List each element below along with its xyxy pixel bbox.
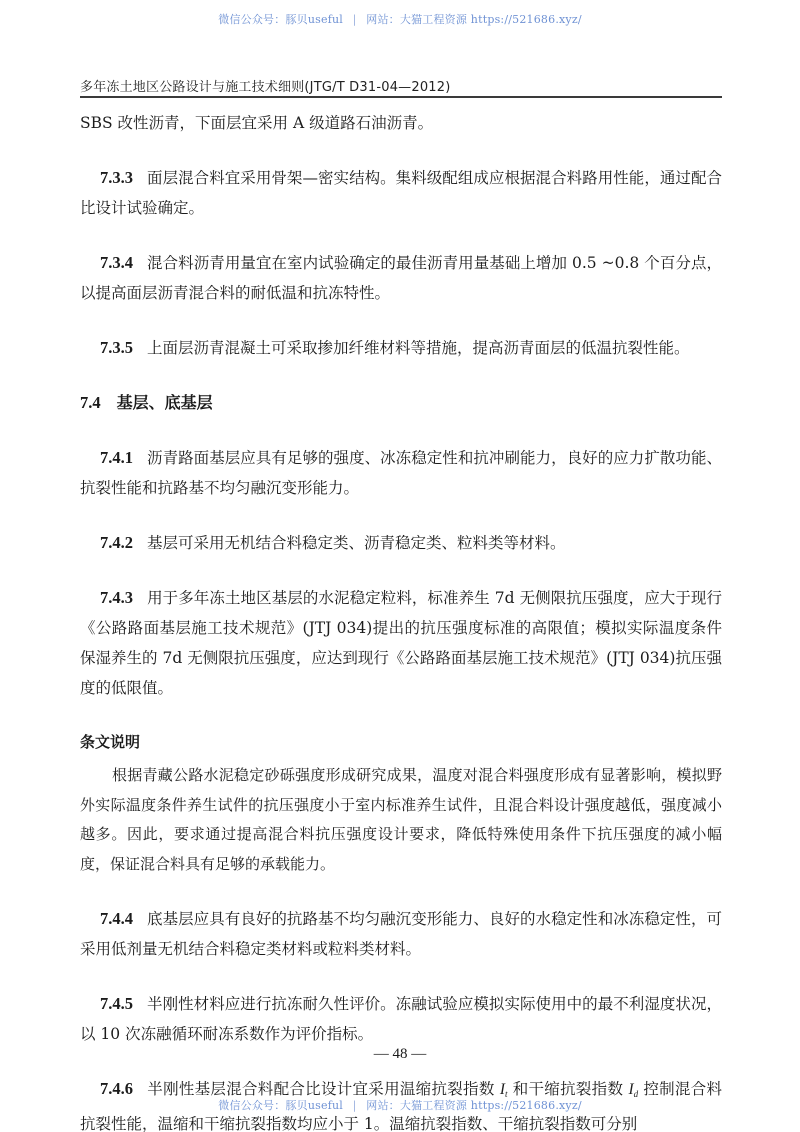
clause-text: 面层混合料宜采用骨架—密实结构。集料级配组成应根据混合料路用性能，通过配合比设计… <box>80 169 722 217</box>
clause-text-a: 半刚性基层混合料配合比设计宜采用温缩抗裂指数 <box>147 1080 500 1098</box>
clause-7-4-4: 7.4.4底基层应具有良好的抗路基不均匀融沉变形能力、良好的水稳定性和冰冻稳定性… <box>80 904 722 964</box>
clause-number: 7.4.4 <box>100 909 133 928</box>
clause-number: 7.3.5 <box>100 338 133 357</box>
clause-number: 7.4.5 <box>100 994 133 1013</box>
watermark-url: https://521686.xyz/ <box>471 13 582 26</box>
page-number: — 48 — <box>0 1046 800 1063</box>
clause-text: 底基层应具有良好的抗路基不均匀融沉变形能力、良好的水稳定性和冰冻稳定性，可采用低… <box>80 910 722 958</box>
header-rule <box>80 96 722 98</box>
watermark-separator: | <box>353 1099 357 1112</box>
running-header: 多年冻土地区公路设计与施工技术细则(JTG/T D31-04—2012) <box>80 76 451 95</box>
section-heading-7-4: 7.4基层、底基层 <box>80 388 722 418</box>
page-content: SBS 改性沥青，下面层宜采用 A 级道路石油沥青。 7.3.3面层混合料宜采用… <box>80 108 722 1132</box>
clause-7-4-1: 7.4.1沥青路面基层应具有足够的强度、冰冻稳定性和抗冲刷能力，良好的应力扩散功… <box>80 443 722 503</box>
clause-7-3-4: 7.3.4混合料沥青用量宜在室内试验确定的最佳沥青用量基础上增加 0.5 ~0.… <box>80 248 722 308</box>
watermark-bottom: 微信公众号：豚贝useful | 网站：大猫工程资源 https://52168… <box>0 1097 800 1113</box>
watermark-url: https://521686.xyz/ <box>471 1099 582 1112</box>
clause-number: 7.4.6 <box>100 1079 133 1098</box>
clause-text: 混合料沥青用量宜在室内试验确定的最佳沥青用量基础上增加 0.5 ~0.8 个百分… <box>80 254 722 302</box>
clause-number: 7.4.2 <box>100 533 133 552</box>
continuation-paragraph: SBS 改性沥青，下面层宜采用 A 级道路石油沥青。 <box>80 108 722 138</box>
watermark-separator: | <box>353 13 357 26</box>
clause-text: 基层可采用无机结合料稳定类、沥青稳定类、粒料类等材料。 <box>147 534 566 552</box>
watermark-wechat: 微信公众号：豚贝useful <box>218 13 343 26</box>
symbol-temp-crack-index: It <box>500 1081 508 1098</box>
clause-text-b: 和干缩抗裂指数 <box>508 1080 629 1098</box>
clause-7-4-2: 7.4.2基层可采用无机结合料稳定类、沥青稳定类、粒料类等材料。 <box>80 528 722 558</box>
clause-number: 7.4.1 <box>100 448 133 467</box>
clause-text: 上面层沥青混凝土可采取掺加纤维材料等措施，提高沥青面层的低温抗裂性能。 <box>147 339 690 357</box>
watermark-top: 微信公众号：豚贝useful | 网站：大猫工程资源 https://52168… <box>0 11 800 27</box>
symbol-dry-crack-index: Id <box>628 1081 638 1098</box>
section-number: 7.4 <box>80 393 101 412</box>
section-title: 基层、底基层 <box>117 393 213 412</box>
clause-number: 7.3.3 <box>100 168 133 187</box>
clause-text: 半刚性材料应进行抗冻耐久性评价。冻融试验应模拟实际使用中的最不利湿度状况，以 1… <box>80 995 722 1043</box>
clause-7-3-3: 7.3.3面层混合料宜采用骨架—密实结构。集料级配组成应根据混合料路用性能，通过… <box>80 163 722 223</box>
watermark-site: 网站：大猫工程资源 <box>366 1099 467 1112</box>
clause-number: 7.3.4 <box>100 253 133 272</box>
clause-7-4-3: 7.4.3用于多年冻土地区基层的水泥稳定粒料，标准养生 7d 无侧限抗压强度，应… <box>80 583 722 703</box>
clause-7-4-5: 7.4.5半刚性材料应进行抗冻耐久性评价。冻融试验应模拟实际使用中的最不利湿度状… <box>80 989 722 1049</box>
explanation-body: 根据青藏公路水泥稳定砂砾强度形成研究成果，温度对混合料强度形成有显著影响，模拟野… <box>80 761 722 879</box>
clause-number: 7.4.3 <box>100 588 133 607</box>
explanation-heading: 条文说明 <box>80 727 722 757</box>
clause-7-3-5: 7.3.5上面层沥青混凝土可采取掺加纤维材料等措施，提高沥青面层的低温抗裂性能。 <box>80 333 722 363</box>
watermark-wechat: 微信公众号：豚贝useful <box>218 1099 343 1112</box>
clause-text: 沥青路面基层应具有足够的强度、冰冻稳定性和抗冲刷能力，良好的应力扩散功能、抗裂性… <box>80 449 722 497</box>
watermark-site: 网站：大猫工程资源 <box>366 13 467 26</box>
clause-text: 用于多年冻土地区基层的水泥稳定粒料，标准养生 7d 无侧限抗压强度，应大于现行《… <box>80 589 722 697</box>
